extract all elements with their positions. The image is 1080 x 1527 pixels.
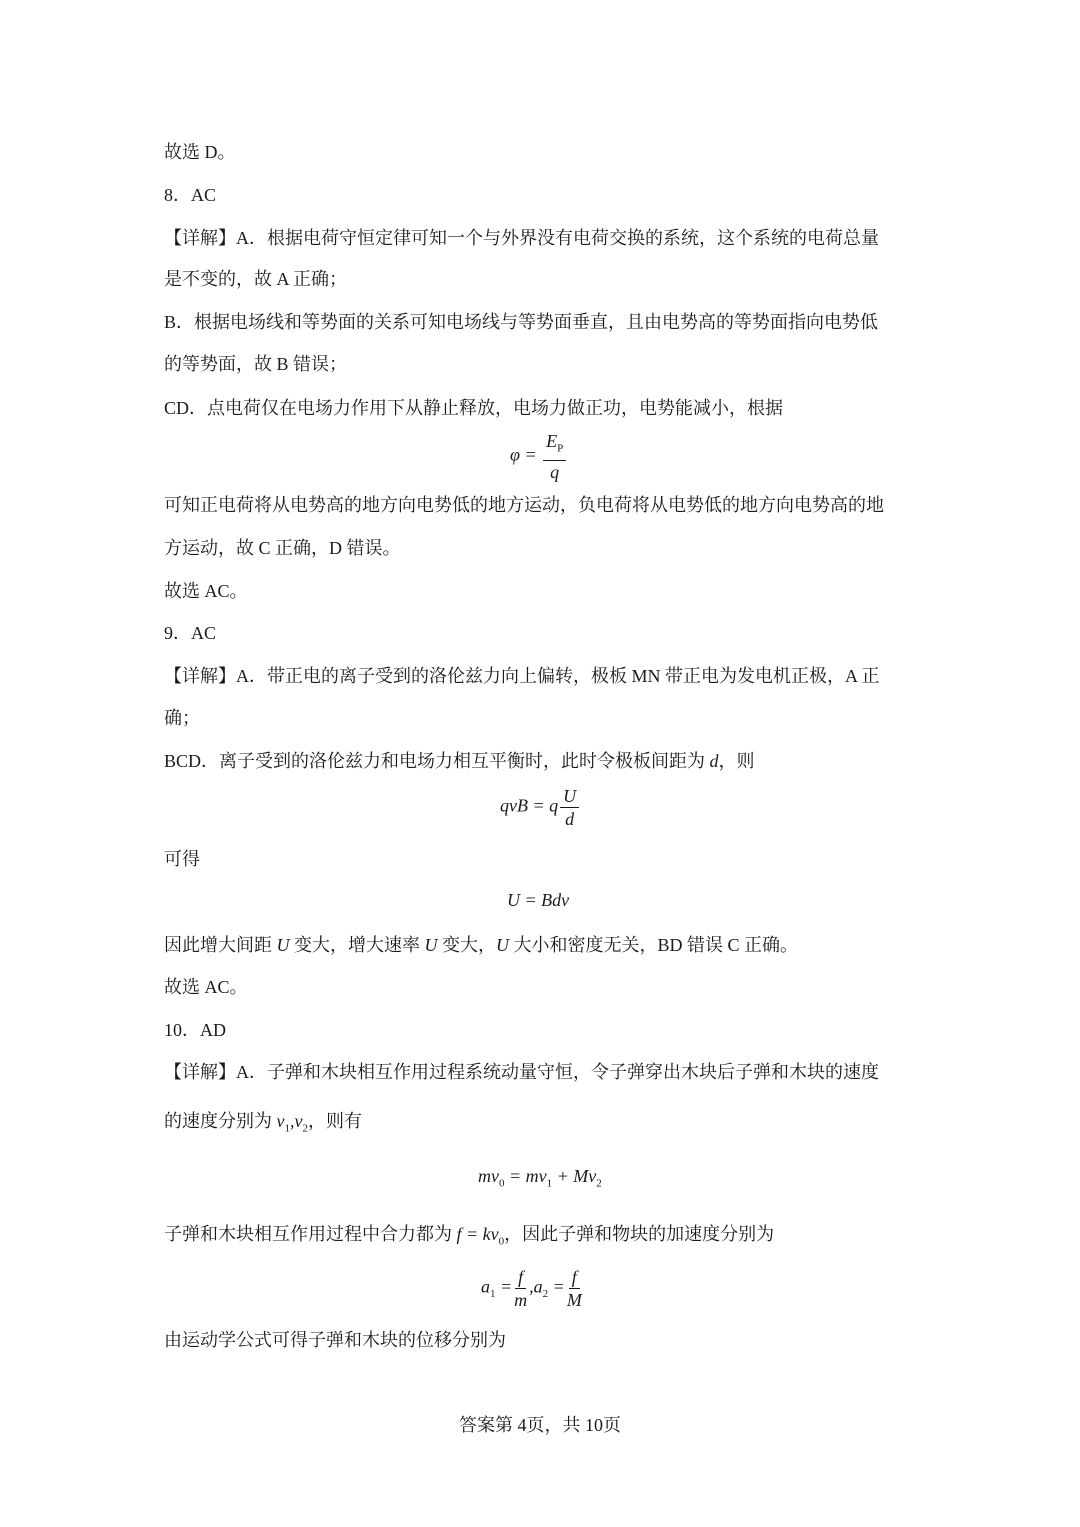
explanation-9-bcd1: BCD．离子受到的洛伦兹力和电场力相互平衡时，此时令极板间距为 d，则: [164, 749, 755, 773]
answer-10: 10．AD: [164, 1018, 226, 1042]
explanation-8-cd2: 可知正电荷将从电势高的地方向电势低的地方运动，负电荷将从电势低的地方向电势高的地: [164, 493, 884, 517]
page-footer: 答案第 4页，共 10页: [0, 1411, 1080, 1437]
answer-9: 9．AC: [164, 621, 216, 645]
explanation-10-a4: 由运动学公式可得子弹和木块的位移分别为: [164, 1328, 506, 1352]
explanation-10-a1: 【详解】A．子弹和木块相互作用过程系统动量守恒，令子弹穿出木块后子弹和木块的速度: [164, 1060, 879, 1084]
explanation-9-bcd2: 因此增大间距 U 变大，增大速率 U 变大，U 大小和密度无关，BD 错误 C …: [164, 933, 798, 957]
explanation-8-a1: 【详解】A．根据电荷守恒定律可知一个与外界没有电荷交换的系统，这个系统的电荷总量: [164, 226, 879, 250]
explanation-8-cd1: CD．点电荷仅在电场力作用下从静止释放，电场力做正功，电势能减小，根据: [164, 396, 783, 420]
explanation-10-a2: 的速度分别为 v1,v2，则有: [164, 1109, 362, 1141]
equation-acceleration: a1 =fm,a2 =fM: [481, 1266, 584, 1311]
equation-momentum: mv0 = mv1 + Mv2: [478, 1166, 602, 1190]
derivation-label: 可得: [164, 847, 200, 871]
conclusion-7: 故选 D。: [164, 140, 236, 164]
answer-8: 8．AC: [164, 183, 216, 207]
explanation-8-cd3: 方运动，故 C 正确，D 错误。: [164, 536, 401, 560]
conclusion-9: 故选 AC。: [164, 975, 248, 999]
equation-force-balance: qvB = qUd: [500, 785, 581, 830]
explanation-8-b2: 的等势面，故 B 错误；: [164, 352, 347, 376]
explanation-10-a3: 子弹和木块相互作用过程中合力都为 f = kv0，因此子弹和物块的加速度分别为: [164, 1222, 774, 1254]
equation-potential: φ = EPq: [510, 430, 568, 483]
explanation-9-a2: 确；: [164, 706, 200, 730]
explanation-8-a2: 是不变的，故 A 正确；: [164, 267, 347, 291]
explanation-8-b1: B．根据电场线和等势面的关系可知电场线与等势面垂直，且由电势高的等势面指向电势低: [164, 310, 878, 334]
explanation-9-a1: 【详解】A．带正电的离子受到的洛伦兹力向上偏转，极板 MN 带正电为发电机正极，…: [164, 664, 880, 688]
conclusion-8: 故选 AC。: [164, 579, 248, 603]
equation-voltage: U = Bdv: [507, 890, 569, 911]
